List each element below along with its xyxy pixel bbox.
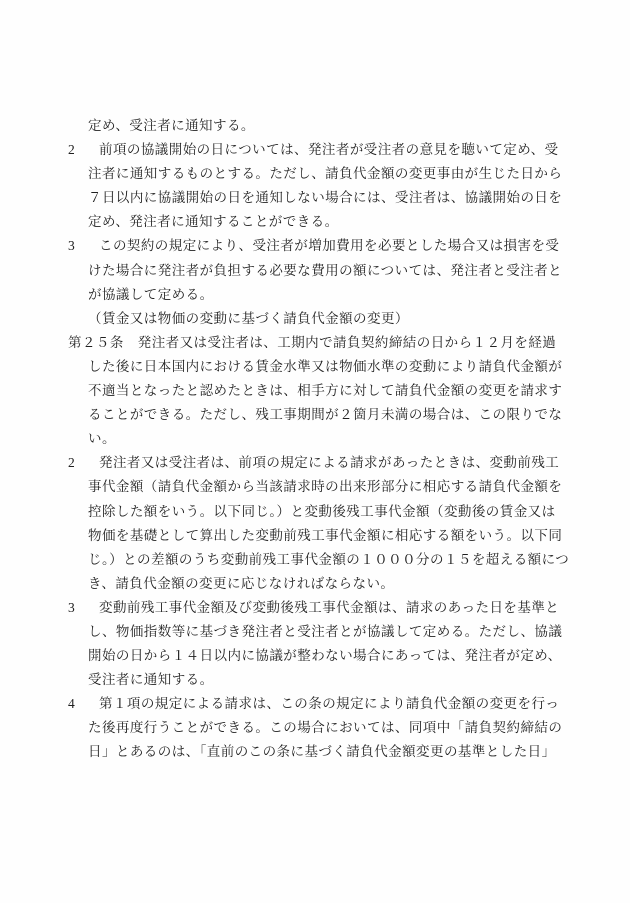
paragraph-text: 前項の協議開始の日については、発注者が受注者の意見を聴いて定め、受	[99, 142, 559, 157]
paragraph-text: 発注者又は受注者は、前項の規定による請求があったときは、変動前残工	[99, 455, 559, 470]
document-line: 第２５条 発注者又は受注者は、工期内で請負契約締結の日から１２月を経過	[68, 331, 608, 355]
document-line: 物価を基礎として算出した変動前残工事代金額に相応する額をいう。以下同	[68, 524, 608, 548]
document-line: 定め、受注者に通知する。	[68, 114, 608, 138]
document-line: した後に日本国内における賃金水準又は物価水準の変動により請負代金額が	[68, 355, 608, 379]
document-line: 2前項の協議開始の日については、発注者が受注者の意見を聴いて定め、受	[68, 138, 608, 162]
document-page: 定め、受注者に通知する。2前項の協議開始の日については、発注者が受注者の意見を聴…	[0, 0, 630, 903]
document-line: 4第１項の規定による請求は、この条の規定により請負代金額の変更を行っ	[68, 692, 608, 716]
document-line: き、請負代金額の変更に応じなければならない。	[68, 572, 608, 596]
document-line: 不適当となったと認めたときは、相手方に対して請負代金額の変更を請求す	[68, 379, 608, 403]
document-line: た後再度行うことができる。この場合においては、同項中「請負契約締結の	[68, 716, 608, 740]
paragraph-number: 3	[68, 234, 99, 258]
document-line: ７日以内に協議開始の日を通知しない場合には、受注者は、協議開始の日を	[68, 186, 608, 210]
paragraph-text: 変動前残工事代金額及び変動後残工事代金額は、請求のあった日を基準と	[99, 600, 559, 615]
document-line: 2発注者又は受注者は、前項の規定による請求があったときは、変動前残工	[68, 451, 608, 475]
document-line: （賃金又は物価の変動に基づく請負代金額の変更）	[68, 307, 608, 331]
document-line: 控除した額をいう。以下同じ。）と変動後残工事代金額（変動後の賃金又は	[68, 500, 608, 524]
document-line: けた場合に発注者が負担する必要な費用の額については、発注者と受注者と	[68, 259, 608, 283]
document-line: し、物価指数等に基づき発注者と受注者とが協議して定める。ただし、協議	[68, 620, 608, 644]
document-line: 開始の日から１４日以内に協議が整わない場合にあっては、発注者が定め、	[68, 644, 608, 668]
document-line: 事代金額（請負代金額から当該請求時の出来形部分に相応する請負代金額を	[68, 475, 608, 499]
paragraph-text: 第１項の規定による請求は、この条の規定により請負代金額の変更を行っ	[99, 696, 559, 711]
document-line: が協議して定める。	[68, 283, 608, 307]
paragraph-text: この契約の規定により、受注者が増加費用を必要とした場合又は損害を受	[99, 238, 559, 253]
paragraph-number: 2	[68, 138, 99, 162]
document-line: 日」とあるのは、「直前のこの条に基づく請負代金額変更の基準とした日」	[68, 740, 608, 764]
document-line: 3この契約の規定により、受注者が増加費用を必要とした場合又は損害を受	[68, 234, 608, 258]
paragraph-number: 3	[68, 596, 99, 620]
document-line: 受注者に通知する。	[68, 668, 608, 692]
document-text-block: 定め、受注者に通知する。2前項の協議開始の日については、発注者が受注者の意見を聴…	[68, 114, 608, 765]
document-line: 注者に通知するものとする。ただし、請負代金額の変更事由が生じた日から	[68, 162, 608, 186]
document-line: 3変動前残工事代金額及び変動後残工事代金額は、請求のあった日を基準と	[68, 596, 608, 620]
paragraph-number: 4	[68, 692, 99, 716]
document-line: い。	[68, 427, 608, 451]
paragraph-number: 2	[68, 451, 99, 475]
document-line: じ。）との差額のうち変動前残工事代金額の１０００分の１５を超える額につ	[68, 548, 608, 572]
document-line: ることができる。ただし、残工事期間が２箇月未満の場合は、この限りでな	[68, 403, 608, 427]
document-line: 定め、発注者に通知することができる。	[68, 210, 608, 234]
